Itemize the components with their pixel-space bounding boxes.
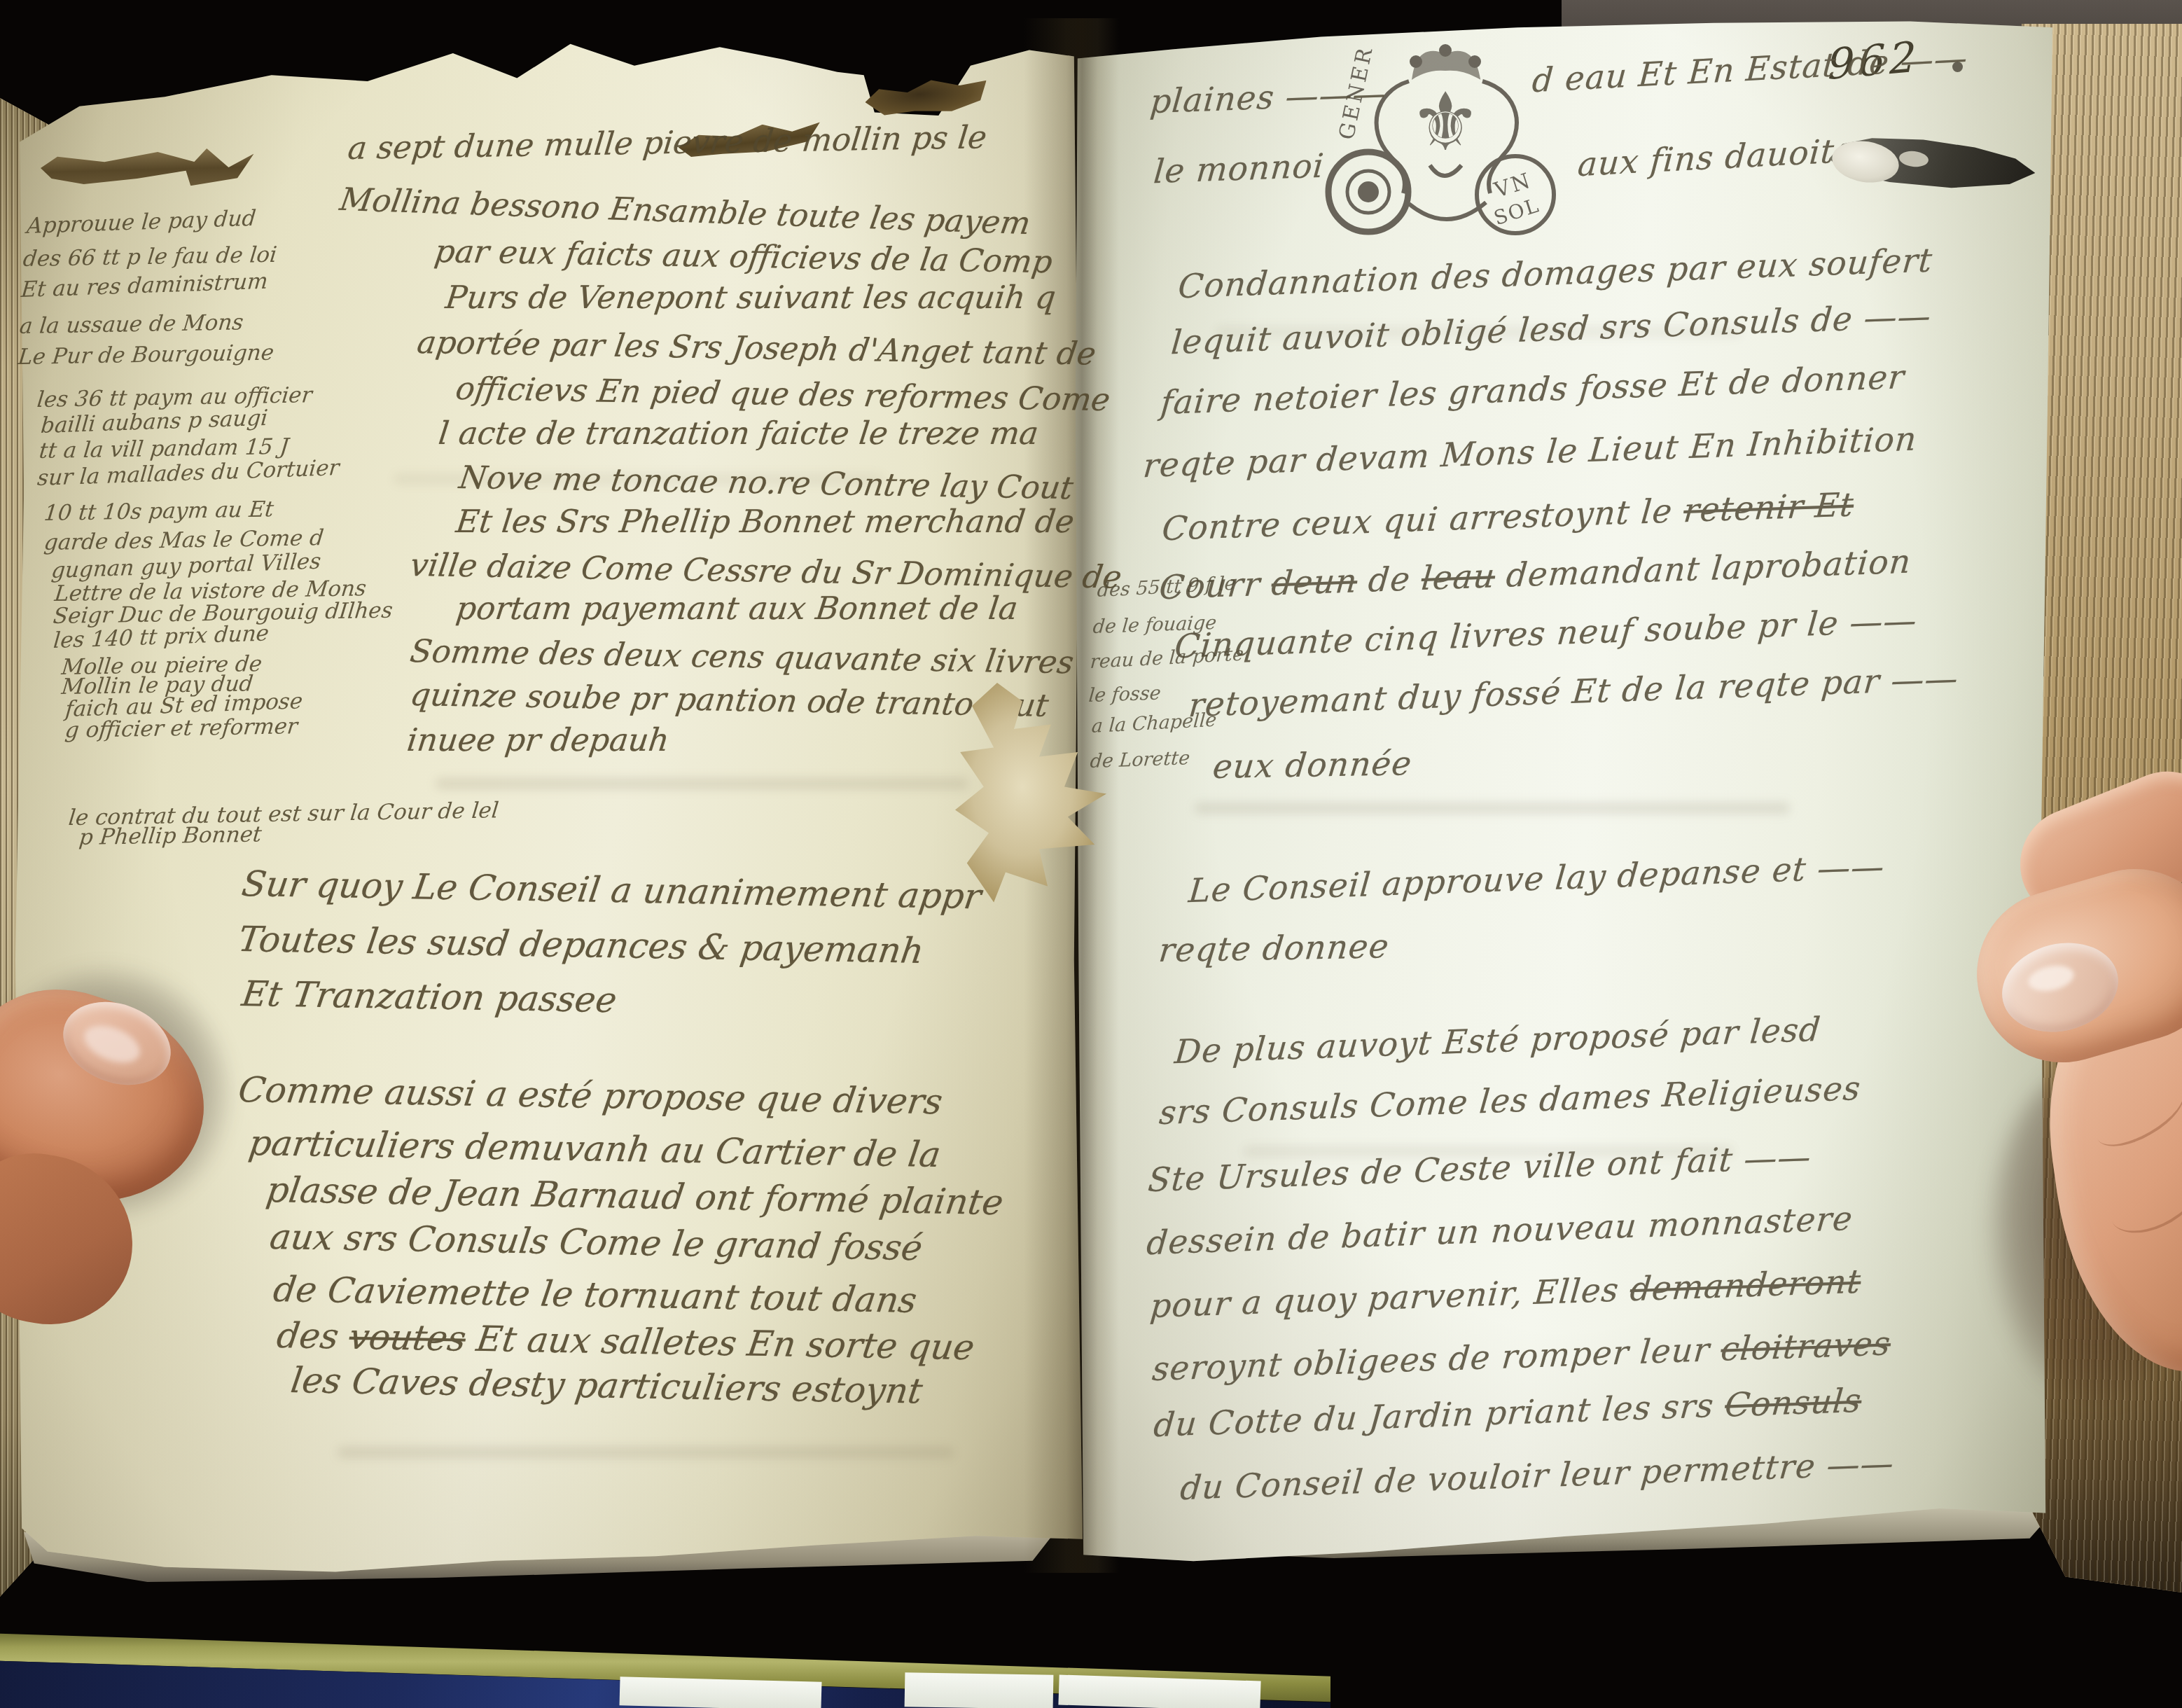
ink-dot bbox=[1952, 62, 1963, 72]
ink-bleedthrough bbox=[1195, 803, 1790, 814]
photo-of-open-manuscript-book: ⚜ GENER VN SOL 962 a sept dune mulle pie… bbox=[0, 0, 2182, 1708]
fiscal-stamp-icon: ⚜ GENER VN SOL bbox=[1325, 25, 1566, 253]
stamp-arc-text: GENER bbox=[1335, 43, 1379, 142]
right-page-shading bbox=[1076, 18, 2057, 1567]
ink-bleedthrough bbox=[1244, 1146, 1734, 1157]
paper-scrap bbox=[905, 1672, 1054, 1708]
ink-bleedthrough bbox=[1216, 326, 1741, 338]
ink-bleedthrough bbox=[394, 473, 884, 485]
folio-number: 962 bbox=[1828, 32, 1921, 90]
fleur-de-lis-glyph: ⚜ bbox=[1409, 76, 1481, 169]
ink-bleedthrough bbox=[436, 778, 968, 789]
left-page bbox=[15, 25, 1083, 1583]
ink-bleedthrough bbox=[338, 1447, 954, 1458]
left-page-shading bbox=[15, 25, 1083, 1583]
paper-scrap bbox=[1058, 1674, 1260, 1708]
right-page bbox=[1076, 18, 2057, 1567]
paper-scrap bbox=[620, 1676, 822, 1708]
